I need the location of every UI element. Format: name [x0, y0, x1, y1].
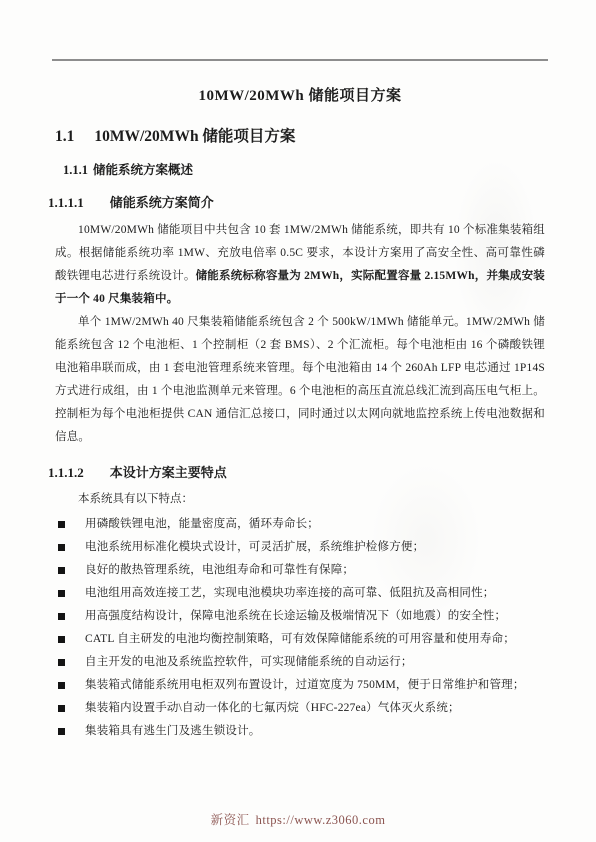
- feature-item: 电池系统用标准化模块式设计，可灵活扩展，系统维护检修方便；: [55, 540, 545, 555]
- watermark-url: https://www.z3060.com: [256, 813, 386, 827]
- document-page: 10MW/20MWh 储能项目方案 1.110MW/20MWh 储能项目方案 1…: [0, 0, 596, 842]
- heading-text: 储能系统方案简介: [110, 195, 214, 210]
- features-list: 用磷酸铁锂电池，能量密度高，循环寿命长； 电池系统用标准化模块式设计，可灵活扩展…: [55, 517, 545, 739]
- paragraph-system-detail: 单个 1MW/2MWh 40 尺集装箱储能系统包含 2 个 500kW/1MWh…: [55, 311, 545, 449]
- heading-number: 1.1.1: [63, 163, 88, 177]
- document-title: 10MW/20MWh 储能项目方案: [55, 86, 545, 106]
- page-header-rule: [52, 59, 548, 61]
- feature-item: 集装箱内设置手动\自动一体化的七氟丙烷（HFC-227ea）气体灭火系统；: [55, 701, 545, 716]
- bullet-square-icon: [58, 636, 65, 643]
- bullet-square-icon: [58, 659, 65, 666]
- features-intro: 本系统具有以下特点：: [55, 489, 545, 510]
- heading-text: 储能系统方案概述: [93, 163, 193, 177]
- feature-text: 自主开发的电池及系统监控软件，可实现储能系统的自动运行；: [85, 656, 413, 668]
- heading-1-1-1-1: 1.1.1.1储能系统方案简介: [48, 194, 545, 212]
- feature-text: 良好的散热管理系统，电池组寿命和可靠性有保障；: [85, 564, 354, 576]
- heading-1-1: 1.110MW/20MWh 储能项目方案: [55, 127, 545, 147]
- heading-number: 1.1.1.1: [48, 195, 84, 210]
- bullet-square-icon: [58, 590, 65, 597]
- heading-text: 本设计方案主要特点: [110, 465, 227, 480]
- feature-item: 自主开发的电池及系统监控软件，可实现储能系统的自动运行；: [55, 655, 545, 670]
- feature-text: 集装箱式储能系统用电柜双列布置设计，过道宽度为 750MM，便于日常维护和管理；: [85, 679, 525, 691]
- heading-1-1-1: 1.1.1储能系统方案概述: [63, 162, 545, 179]
- feature-item: 用高强度结构设计，保障电池系统在长途运输及极端情况下（如地震）的安全性；: [55, 609, 545, 624]
- feature-text: 电池系统用标准化模块式设计，可灵活扩展，系统维护检修方便；: [85, 541, 424, 553]
- feature-text: 用磷酸铁锂电池，能量密度高，循环寿命长；: [85, 518, 319, 530]
- feature-item: 集装箱式储能系统用电柜双列布置设计，过道宽度为 750MM，便于日常维护和管理；: [55, 678, 545, 693]
- paragraph-overview: 10MW/20MWh 储能项目中共包含 10 套 1MW/2MWh 储能系统，即…: [55, 219, 545, 311]
- document-content: 10MW/20MWh 储能项目方案 1.110MW/20MWh 储能项目方案 1…: [55, 86, 545, 747]
- feature-item: CATL 自主研发的电池均衡控制策略，可有效保障储能系统的可用容量和使用寿命；: [55, 632, 545, 647]
- feature-text: 集装箱内设置手动\自动一体化的七氟丙烷（HFC-227ea）气体灭火系统；: [85, 702, 460, 714]
- feature-text: 集装箱具有逃生门及逃生锁设计。: [85, 725, 261, 737]
- feature-text: 用高强度结构设计，保障电池系统在长途运输及极端情况下（如地震）的安全性；: [85, 610, 506, 622]
- watermark-footer: 新资汇https://www.z3060.com: [0, 810, 596, 828]
- bullet-square-icon: [58, 682, 65, 689]
- bullet-square-icon: [58, 705, 65, 712]
- bullet-square-icon: [58, 521, 65, 528]
- feature-text: 电池组用高效连接工艺，实现电池模块功率连接的高可靠、低阻抗及高相同性；: [85, 587, 495, 599]
- feature-item: 良好的散热管理系统，电池组寿命和可靠性有保障；: [55, 563, 545, 578]
- watermark-site-name: 新资汇: [211, 813, 250, 827]
- feature-item: 用磷酸铁锂电池，能量密度高，循环寿命长；: [55, 517, 545, 532]
- bullet-square-icon: [58, 544, 65, 551]
- bullet-square-icon: [58, 728, 65, 735]
- heading-number: 1.1.1.2: [48, 465, 84, 480]
- bullet-square-icon: [58, 567, 65, 574]
- feature-text: CATL 自主研发的电池均衡控制策略，可有效保障储能系统的可用容量和使用寿命；: [85, 633, 515, 645]
- feature-item: 集装箱具有逃生门及逃生锁设计。: [55, 724, 545, 739]
- feature-item: 电池组用高效连接工艺，实现电池模块功率连接的高可靠、低阻抗及高相同性；: [55, 586, 545, 601]
- heading-number: 1.1: [55, 128, 74, 145]
- heading-1-1-1-2: 1.1.1.2本设计方案主要特点: [48, 464, 545, 482]
- bullet-square-icon: [58, 613, 65, 620]
- heading-text: 10MW/20MWh 储能项目方案: [94, 128, 295, 145]
